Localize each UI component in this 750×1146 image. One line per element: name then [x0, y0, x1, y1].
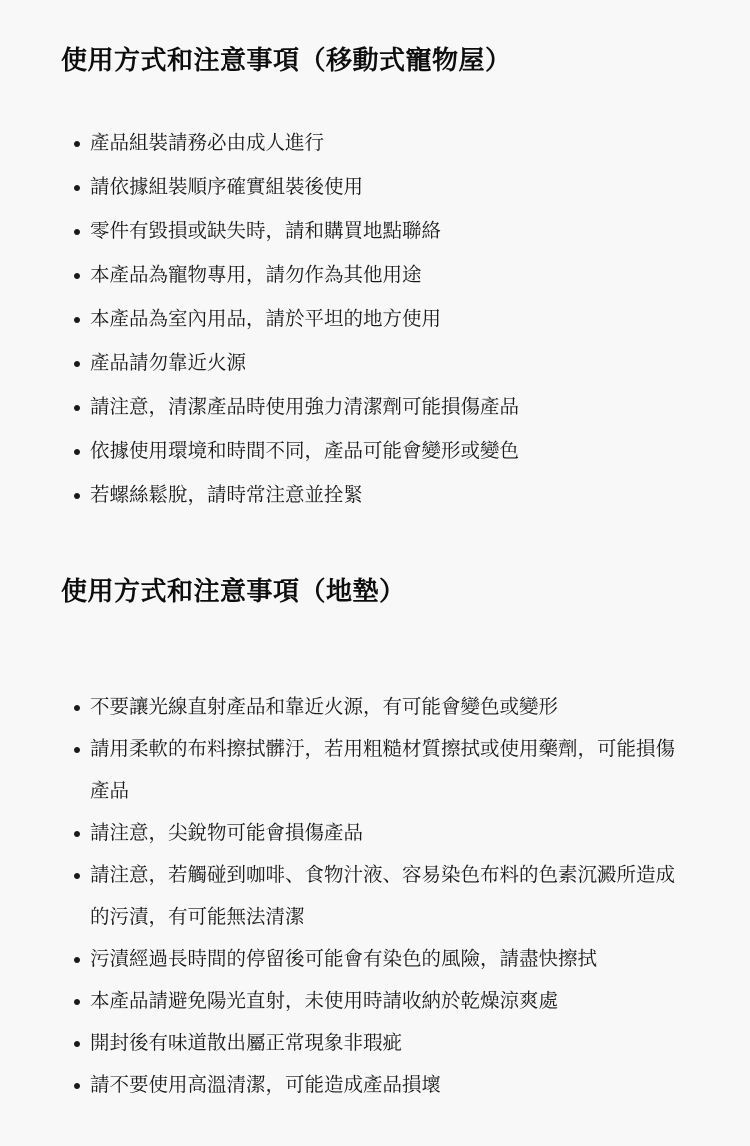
bullet-icon [74, 1083, 80, 1089]
list-item: 請不要使用高溫清潔，可能造成產品損壞 [0, 1064, 750, 1106]
bullet-icon [74, 229, 80, 235]
bullet-icon [74, 873, 80, 879]
bullet-icon [74, 831, 80, 837]
list-item: 污漬經過長時間的停留後可能會有染色的風險，請盡快擦拭 [0, 938, 750, 980]
list-item: 產品組裝請務必由成人進行 [0, 121, 750, 165]
list-item: 不要讓光線直射產品和靠近火源，有可能會變色或變形 [0, 686, 750, 728]
bullet-icon [74, 705, 80, 711]
precautions-list: 產品組裝請務必由成人進行 請依據組裝順序確實組裝後使用 零件有毀損或缺失時，請和… [0, 121, 750, 517]
bullet-icon [74, 1041, 80, 1047]
list-item-text: 若螺絲鬆脫，請時常注意並拴緊 [90, 483, 363, 506]
list-item-text: 產品組裝請務必由成人進行 [90, 131, 324, 154]
list-item: 依據使用環境和時間不同，產品可能會變形或變色 [0, 429, 750, 473]
bullet-icon [74, 747, 80, 753]
list-item: 請注意，清潔產品時使用強力清潔劑可能損傷產品 [0, 385, 750, 429]
bullet-icon [74, 141, 80, 147]
list-item: 本產品為寵物專用，請勿作為其他用途 [0, 253, 750, 297]
list-item: 零件有毀損或缺失時，請和購買地點聯絡 [0, 209, 750, 253]
list-item-text: 請用柔軟的布料擦拭髒汙，若用粗糙材質擦拭或使用藥劑，可能損傷產品 [90, 737, 675, 802]
bullet-icon [74, 361, 80, 367]
list-item-text: 請注意，清潔產品時使用強力清潔劑可能損傷產品 [90, 395, 519, 418]
list-item-text: 依據使用環境和時間不同，產品可能會變形或變色 [90, 439, 519, 462]
list-item-text: 污漬經過長時間的停留後可能會有染色的風險，請盡快擦拭 [90, 947, 597, 970]
list-item: 產品請勿靠近火源 [0, 341, 750, 385]
list-item: 請注意，若觸碰到咖啡、食物汁液、容易染色布料的色素沉澱所造成的污漬，有可能無法清… [0, 854, 750, 938]
bullet-icon [74, 957, 80, 963]
list-item-text: 本產品為室內用品，請於平坦的地方使用 [90, 307, 441, 330]
list-item-text: 本產品為寵物專用，請勿作為其他用途 [90, 263, 422, 286]
list-item: 請依據組裝順序確實組裝後使用 [0, 165, 750, 209]
bullet-icon [74, 999, 80, 1005]
bullet-icon [74, 449, 80, 455]
section-title: 使用方式和注意事項（地墊） [61, 574, 406, 610]
list-item-text: 零件有毀損或缺失時，請和購買地點聯絡 [90, 219, 441, 242]
precautions-list: 不要讓光線直射產品和靠近火源，有可能會變色或變形 請用柔軟的布料擦拭髒汙，若用粗… [0, 686, 750, 1106]
list-item-text: 開封後有味道散出屬正常現象非瑕疵 [90, 1031, 402, 1054]
list-item: 本產品請避免陽光直射，未使用時請收納於乾燥涼爽處 [0, 980, 750, 1022]
list-item-text: 不要讓光線直射產品和靠近火源，有可能會變色或變形 [90, 695, 558, 718]
bullet-icon [74, 185, 80, 191]
bullet-icon [74, 493, 80, 499]
list-item-text: 本產品請避免陽光直射，未使用時請收納於乾燥涼爽處 [90, 989, 558, 1012]
list-item-text: 產品請勿靠近火源 [90, 351, 246, 374]
bullet-icon [74, 405, 80, 411]
list-item: 請用柔軟的布料擦拭髒汙，若用粗糙材質擦拭或使用藥劑，可能損傷產品 [0, 728, 750, 812]
list-item-text: 請不要使用高溫清潔，可能造成產品損壞 [90, 1073, 441, 1096]
list-item: 本產品為室內用品，請於平坦的地方使用 [0, 297, 750, 341]
section-title: 使用方式和注意事項（移動式寵物屋） [61, 43, 512, 79]
bullet-icon [74, 273, 80, 279]
bullet-icon [74, 317, 80, 323]
list-item: 請注意，尖銳物可能會損傷產品 [0, 812, 750, 854]
list-item-text: 請注意，尖銳物可能會損傷產品 [90, 821, 363, 844]
list-item: 開封後有味道散出屬正常現象非瑕疵 [0, 1022, 750, 1064]
list-item-text: 請依據組裝順序確實組裝後使用 [90, 175, 363, 198]
list-item: 若螺絲鬆脫，請時常注意並拴緊 [0, 473, 750, 517]
list-item-text: 請注意，若觸碰到咖啡、食物汁液、容易染色布料的色素沉澱所造成的污漬，有可能無法清… [90, 863, 675, 928]
